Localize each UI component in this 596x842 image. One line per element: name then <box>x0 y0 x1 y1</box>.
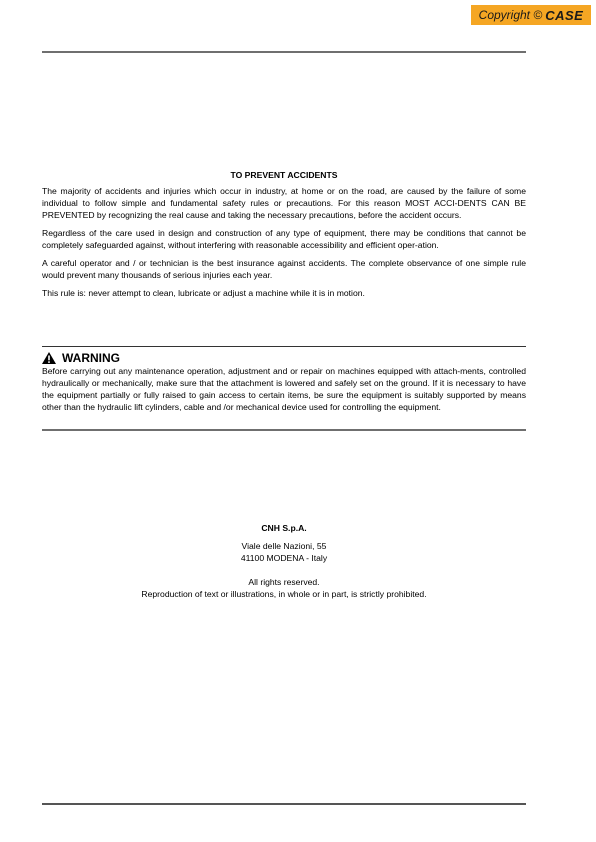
header-divider <box>42 51 526 53</box>
reproduction-notice: Reproduction of text or illustrations, i… <box>42 588 526 600</box>
warning-top-divider <box>42 346 526 347</box>
paragraph: The majority of accidents and injuries w… <box>42 185 526 221</box>
spacer <box>42 564 526 576</box>
address-line2: 41100 MODENA - Italy <box>42 552 526 564</box>
warning-heading: WARNING <box>42 351 526 365</box>
rights-reserved: All rights reserved. <box>42 576 526 588</box>
copyright-text: Copyright © <box>479 8 543 22</box>
warning-title: WARNING <box>62 351 120 365</box>
paragraph: A careful operator and / or technician i… <box>42 257 526 281</box>
publisher-info: CNH S.p.A. Viale delle Nazioni, 55 41100… <box>42 522 526 600</box>
warning-text: Before carrying out any maintenance oper… <box>42 365 526 413</box>
footer-divider <box>42 803 526 805</box>
company-name: CNH S.p.A. <box>42 522 526 534</box>
copyright-badge: Copyright © CASE <box>471 5 591 25</box>
prevent-accidents-section: TO PREVENT ACCIDENTS The majority of acc… <box>42 169 526 305</box>
case-logo: CASE <box>545 8 583 23</box>
paragraph: Regardless of the care used in design an… <box>42 227 526 251</box>
warning-triangle-icon <box>42 352 56 364</box>
address-line1: Viale delle Nazioni, 55 <box>42 540 526 552</box>
warning-bottom-divider <box>42 429 526 431</box>
paragraph: This rule is: never attempt to clean, lu… <box>42 287 526 299</box>
warning-section: WARNING Before carrying out any maintena… <box>42 351 526 419</box>
section-heading: TO PREVENT ACCIDENTS <box>42 169 526 181</box>
